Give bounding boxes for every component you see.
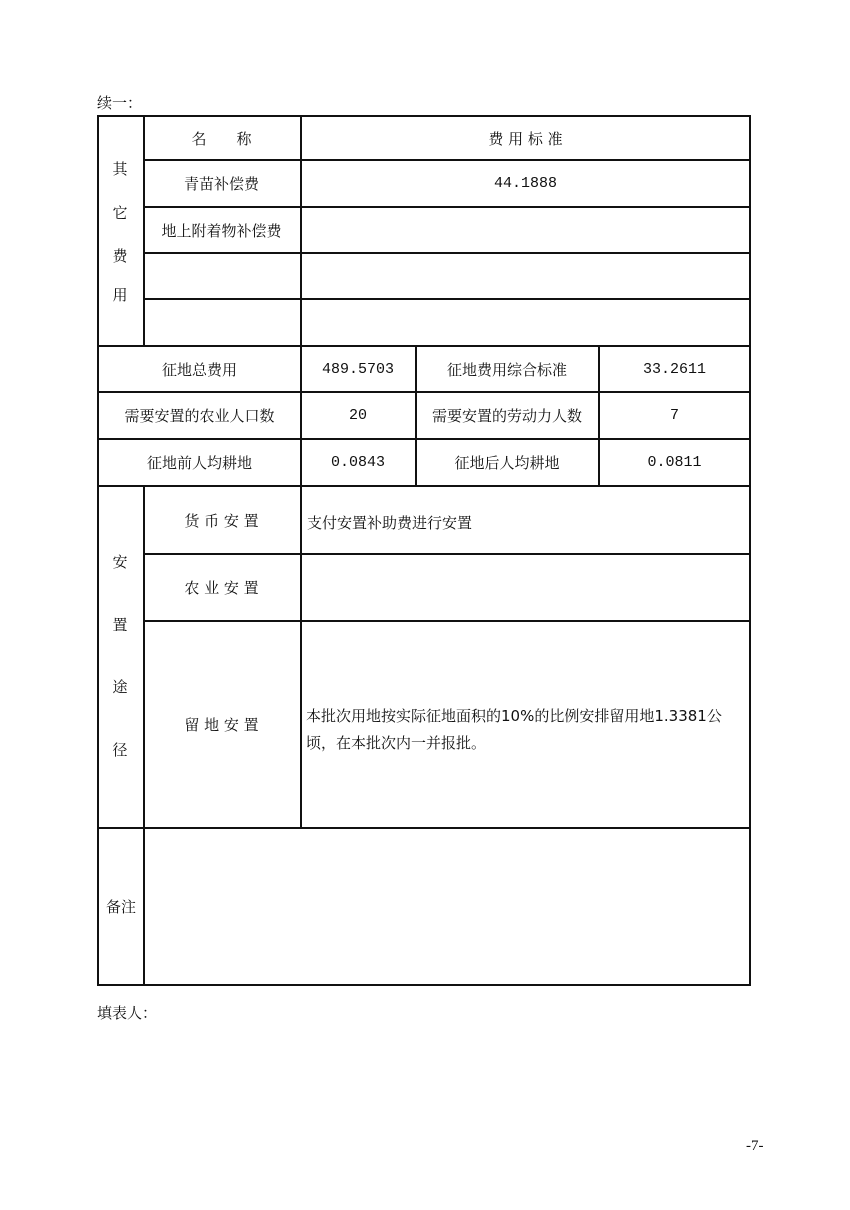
resettlement-type: 农 业 安 置 bbox=[143, 554, 300, 621]
fee-name: 地上附着物补偿费 bbox=[143, 207, 300, 253]
summary-label: 需要安置的劳动力人数 bbox=[416, 392, 598, 439]
remarks-label: 备注 bbox=[99, 828, 143, 985]
section-char: 途 bbox=[97, 680, 143, 695]
resettlement-type: 货 币 安 置 bbox=[143, 486, 300, 554]
summary-value: 33.2611 bbox=[599, 346, 750, 392]
summary-value: 20 bbox=[301, 392, 415, 439]
page-number: -7- bbox=[746, 1138, 764, 1155]
section-char: 费 bbox=[97, 249, 143, 264]
filler-label: 填表人： bbox=[97, 1002, 157, 1023]
continuation-label: 续一： bbox=[97, 92, 142, 113]
col-line bbox=[300, 486, 302, 828]
section-char: 它 bbox=[97, 206, 143, 221]
header-name: 名 称 bbox=[143, 116, 300, 160]
header-standard: 费 用 标 准 bbox=[301, 116, 750, 160]
section-char: 用 bbox=[97, 288, 143, 303]
fee-value bbox=[301, 207, 750, 253]
summary-value: 7 bbox=[599, 392, 750, 439]
section-char: 置 bbox=[97, 618, 143, 633]
fee-value: 44.1888 bbox=[301, 160, 750, 206]
summary-label: 征地后人均耕地 bbox=[416, 439, 598, 486]
section-char: 其 bbox=[97, 162, 143, 177]
resettlement-detail: 本批次用地按实际征地面积的10%的比例安排留用地1.3381公顷，在本批次内一并… bbox=[306, 703, 746, 757]
resettlement-type: 留 地 安 置 bbox=[143, 621, 300, 828]
resettlement-detail: 支付安置补助费进行安置 bbox=[307, 512, 472, 533]
document-page: { "continuation_label":"续一：", "other_fee… bbox=[0, 0, 850, 1210]
summary-label: 需要安置的农业人口数 bbox=[99, 392, 300, 439]
section-char: 安 bbox=[97, 555, 143, 570]
summary-label: 征地前人均耕地 bbox=[99, 439, 300, 486]
summary-value: 0.0843 bbox=[301, 439, 415, 486]
fee-name: 青苗补偿费 bbox=[143, 160, 300, 206]
summary-label: 征地费用综合标准 bbox=[416, 346, 598, 392]
summary-label: 征地总费用 bbox=[99, 346, 300, 392]
summary-value: 489.5703 bbox=[301, 346, 415, 392]
table-border-bottom bbox=[97, 984, 751, 986]
row-line bbox=[143, 298, 750, 300]
section-char: 径 bbox=[97, 743, 143, 758]
summary-value: 0.0811 bbox=[599, 439, 750, 486]
